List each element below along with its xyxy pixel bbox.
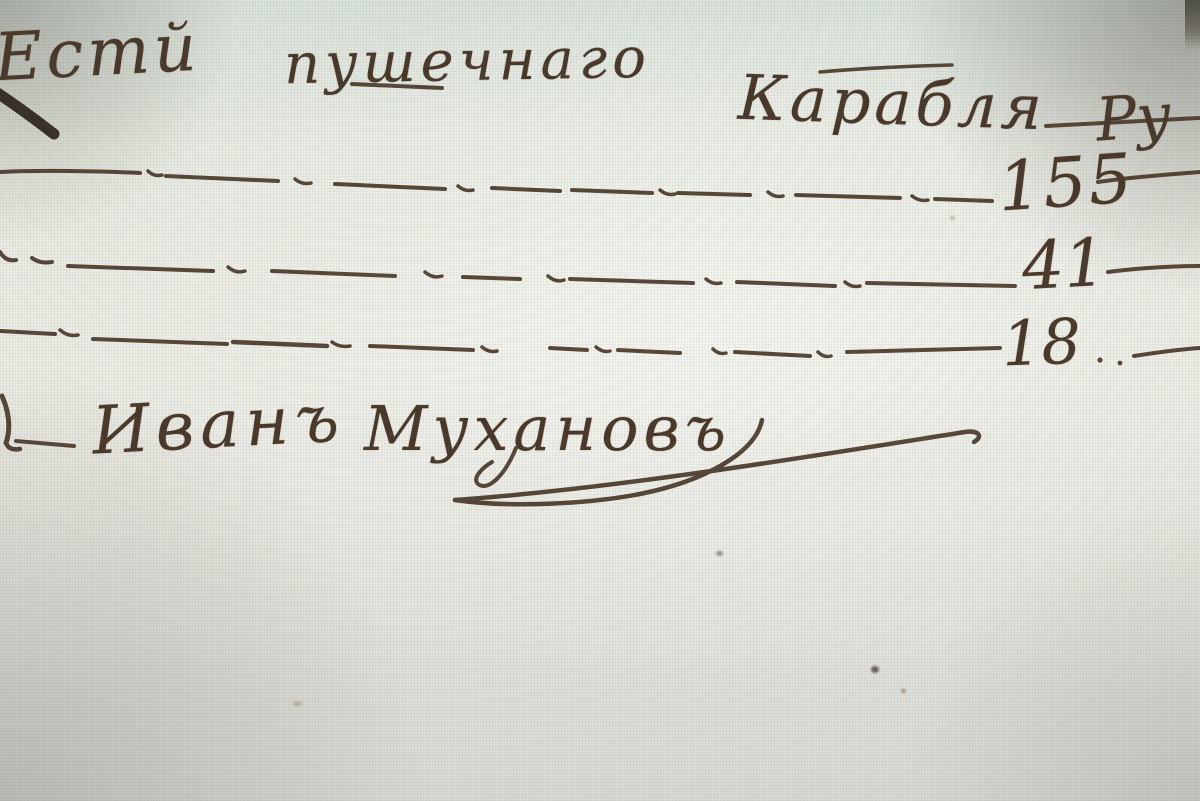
header-word-right: Карабля: [737, 67, 1047, 140]
header-word-middle: пушечнаго: [284, 31, 652, 93]
signature-last-name: Мухановъ: [364, 398, 731, 460]
ink-speck: [293, 701, 302, 706]
ink-speck: [950, 216, 955, 220]
photo-corner-shadow: [1185, 0, 1200, 50]
signature-first-name: Иванъ: [90, 385, 346, 464]
manuscript-photo: Естй пушечнаго Карабля Ру 155 41 18 Иван…: [0, 0, 1200, 801]
ledger-amount-2: 41: [1020, 230, 1107, 300]
ledger-amount-1: 155: [996, 145, 1136, 222]
ledger-amount-3: 18: [1001, 311, 1082, 376]
ink-speck: [871, 666, 879, 673]
ink-speck: [901, 689, 906, 693]
header-word-partial-left: Естй: [0, 15, 202, 92]
ink-speck: [716, 551, 723, 556]
